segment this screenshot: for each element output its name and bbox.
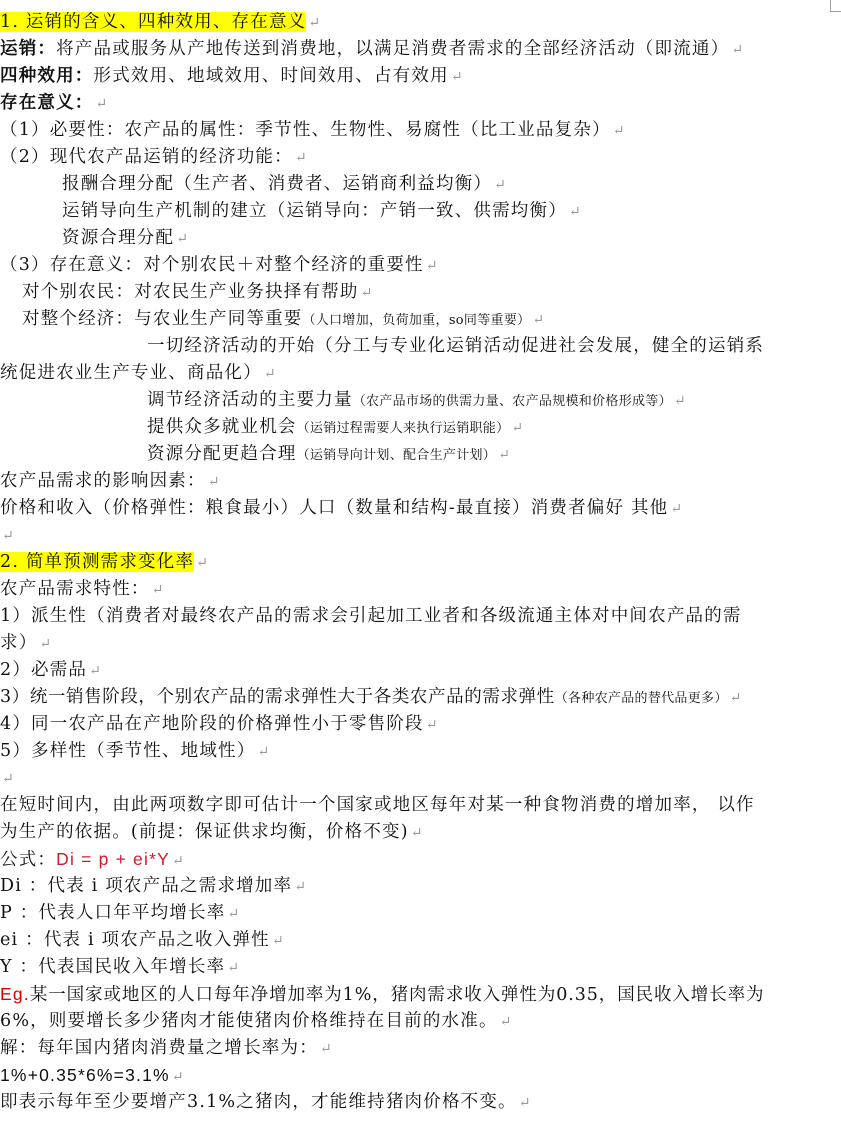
paragraph-mark-icon: ↵ [39, 636, 51, 652]
trait-item-continuation: 求）↵ [0, 630, 841, 657]
section2-heading: 2. 简单预测需求变化率↵ [0, 549, 841, 576]
paragraph-mark-icon: ↵ [361, 285, 373, 301]
economy-line: 对整个经济：与农业生产同等重要（人口增加，负荷加重，so同等重要）↵ [0, 306, 841, 333]
paragraph-mark-icon: ↵ [295, 150, 307, 166]
variable-line: P ：代表人口年平均增长率↵ [0, 900, 841, 927]
paragraph-mark-icon: ↵ [511, 420, 523, 436]
traits-label-line: 农产品需求特性：↵ [0, 576, 841, 603]
paragraph-mark-icon: ↵ [264, 366, 276, 382]
trait-item: 4）同一农产品在产地阶段的价格弹性小于零售阶段↵ [0, 711, 841, 738]
utility-line: 四种效用：形式效用、地域效用、时间效用、占有效用↵ [0, 63, 841, 90]
paragraph-mark-icon: ↵ [89, 663, 101, 679]
paragraph-mark-icon: ↵ [294, 879, 306, 895]
economy-item: 调节经济活动的主要力量（农产品市场的供需力量、农产品规模和价格形成等）↵ [0, 387, 841, 414]
utility-label: 四种效用： [0, 66, 94, 86]
function-item: 资源合理分配↵ [0, 225, 841, 252]
paragraph-mark-icon: ↵ [96, 96, 108, 112]
solution-label-line: 解：每年国内猪肉消费量之增长率为：↵ [0, 1035, 841, 1062]
paragraph-mark-icon: ↵ [152, 582, 164, 598]
paragraph-mark-icon: ↵ [730, 690, 742, 706]
paragraph-mark-icon: ↵ [426, 717, 438, 733]
economy-item-continuation: 统促进农业生产专业、商品化）↵ [0, 360, 841, 387]
meaning-label-line: 存在意义：↵ [0, 90, 841, 117]
paragraph-mark-icon: ↵ [308, 15, 320, 31]
paragraph-mark-icon: ↵ [320, 1041, 332, 1057]
empty-line: ↵ [0, 522, 841, 549]
paragraph-mark-icon: ↵ [569, 204, 581, 220]
trait-item: 5）多样性（季节性、地域性）↵ [0, 738, 841, 765]
solution-calc-line: 1%+0.35*6%=3.1%↵ [0, 1062, 841, 1089]
function-item: 报酬合理分配（生产者、消费者、运销商利益均衡）↵ [0, 171, 841, 198]
paragraph-mark-icon: ↵ [494, 177, 506, 193]
economy-item: 提供众多就业机会（运销过程需要人来执行运销职能）↵ [0, 414, 841, 441]
definition-label: 运销： [0, 39, 56, 59]
farmer-line: 对个别农民：对农民生产业务抉择有帮助↵ [0, 279, 841, 306]
paragraph-mark-icon: ↵ [500, 1014, 512, 1030]
paragraph-mark-icon: ↵ [272, 933, 284, 949]
variable-line: Y ：代表国民收入年增长率↵ [0, 954, 841, 981]
economy-item: 一切经济活动的开始（分工与专业化运销活动促进社会发展，健全的运销系 [0, 333, 841, 360]
paragraph-mark-icon: ↵ [613, 123, 625, 139]
example-line: Eg.某一国家或地区的人口每年净增加率为1%，猪肉需求收入弹性为0.35，国民收… [0, 981, 841, 1008]
example-line-continuation: 6%，则要增长多少猪肉才能使猪肉价格维持在目前的水准。↵ [0, 1008, 841, 1035]
variable-line: Di ：代表 i 项农产品之需求增加率↵ [0, 873, 841, 900]
definition-line: 运销：将产品或服务从产地传送到消费地，以满足消费者需求的全部经济活动（即流通）↵ [0, 36, 841, 63]
formula-line: 公式：Di = p + ei*Y↵ [0, 846, 841, 873]
trait-item: 1）派生性（消费者对最终农产品的需求会引起加工业者和各级流通主体对中间农产品的需 [0, 603, 841, 630]
economic-function-line: （2）现代农产品运销的经济功能：↵ [0, 144, 841, 171]
paragraph-mark-icon: ↵ [227, 960, 239, 976]
example-label: Eg. [0, 984, 30, 1004]
economy-item: 资源分配更趋合理（运销导向计划、配合生产计划）↵ [0, 441, 841, 468]
economy-note: （人口增加，负荷加重，so同等重要） [303, 313, 531, 328]
trait-item: 3）统一销售阶段，个别农产品的需求弹性大于各类农产品的需求弹性（各种农产品的替代… [0, 684, 841, 711]
paragraph-mark-icon: ↵ [731, 42, 743, 58]
paragraph-mark-icon: ↵ [172, 853, 184, 869]
paragraph-mark-icon: ↵ [227, 906, 239, 922]
formula: Di = p + ei*Y [56, 849, 170, 869]
paragraph-mark-icon: ↵ [498, 447, 510, 463]
function-item: 运销导向生产机制的建立（运销导向：产销一致、供需均衡）↵ [0, 198, 841, 225]
paragraph-mark-icon: ↵ [257, 744, 269, 760]
paragraph-mark-icon: ↵ [670, 501, 682, 517]
paragraph-mark-icon: ↵ [411, 825, 423, 841]
paragraph-mark-icon: ↵ [196, 555, 208, 571]
paragraph-mark-icon: ↵ [674, 393, 686, 409]
empty-line: ↵ [0, 765, 841, 792]
factors-label-line: 农产品需求的影响因素：↵ [0, 468, 841, 495]
paragraph-mark-icon: ↵ [176, 231, 188, 247]
paragraph-mark-icon: ↵ [2, 771, 14, 787]
variable-line: ei ：代表 i 项农产品之收入弹性↵ [0, 927, 841, 954]
solution-conclusion-line: 即表示每年至少要增产3.1%之猪肉，才能维持猪肉价格不变。↵ [0, 1089, 841, 1116]
significance-line: （3）存在意义：对个别农民＋对整个经济的重要性↵ [0, 252, 841, 279]
paragraph-mark-icon: ↵ [426, 258, 438, 274]
paragraph-mark-icon: ↵ [532, 312, 544, 328]
paragraph-mark-icon: ↵ [2, 528, 14, 544]
paragraph-mark-icon: ↵ [172, 1069, 184, 1085]
trait-item: 2）必需品↵ [0, 657, 841, 684]
paragraph-mark-icon: ↵ [519, 1095, 531, 1111]
factors-line: 价格和收入（价格弹性：粮食最小）人口（数量和结构-最直接）消费者偏好 其他↵ [0, 495, 841, 522]
intro-line-continuation: 为生产的依据。(前提：保证供求均衡，价格不变)↵ [0, 819, 841, 846]
necessity-line: （1）必要性：农产品的属性：季节性、生物性、易腐性（比工业品复杂）↵ [0, 117, 841, 144]
section1-heading: 1. 运销的含义、四种效用、存在意义↵ [0, 9, 841, 36]
document-body: 1. 运销的含义、四种效用、存在意义↵ 运销：将产品或服务从产地传送到消费地，以… [0, 9, 841, 1116]
paragraph-mark-icon: ↵ [451, 69, 463, 85]
intro-line: 在短时间内，由此两项数字即可估计一个国家或地区每年对某一种食物消费的增加率， 以… [0, 792, 841, 819]
paragraph-mark-icon: ↵ [208, 474, 220, 490]
